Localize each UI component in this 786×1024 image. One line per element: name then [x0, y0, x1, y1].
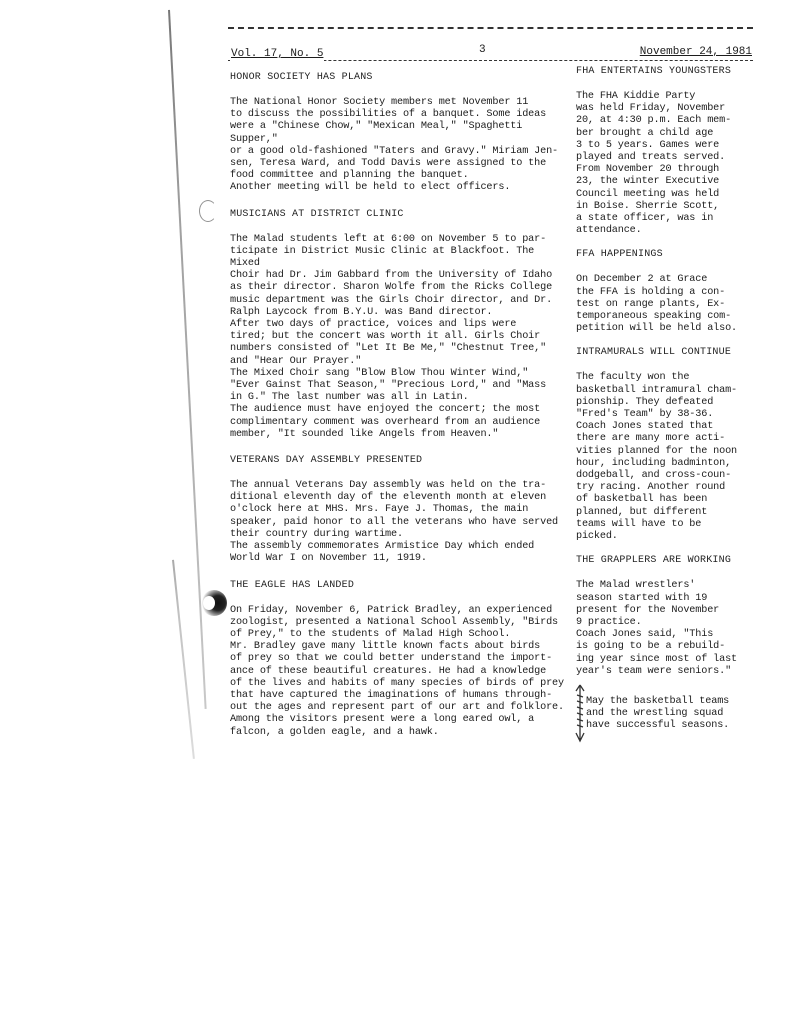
- paragraph: The assembly commemorates Armistice Day …: [230, 541, 565, 565]
- paragraph: Among the visitors present were a long e…: [230, 714, 565, 738]
- paragraph: The FHA Kiddie Party was held Friday, No…: [576, 91, 756, 164]
- volume-number: Vol. 17, No. 5: [230, 46, 324, 62]
- headline: HONOR SOCIETY HAS PLANS: [230, 72, 565, 83]
- paragraph: After two days of practice, voices and l…: [230, 319, 565, 368]
- article-veterans-day: VETERANS DAY ASSEMBLY PRESENTED The annu…: [230, 455, 565, 565]
- headline: INTRAMURALS WILL CONTINUE: [576, 347, 756, 358]
- masthead-row: Vol. 17, No. 5 3 November 24, 1981: [228, 46, 753, 62]
- top-dashed-rule: [228, 27, 753, 29]
- left-column: HONOR SOCIETY HAS PLANS The National Hon…: [230, 72, 565, 753]
- paragraph: The faculty won the basketball intramura…: [576, 372, 756, 421]
- closing-note: May the basketball teams and the wrestli…: [576, 696, 756, 733]
- paragraph: The National Honor Society members met N…: [230, 97, 565, 182]
- paragraph: Coach Jones said, "This is going to be a…: [576, 629, 756, 678]
- headline: MUSICIANS AT DISTRICT CLINIC: [230, 209, 565, 220]
- paragraph: From November 20 through 23, the winter …: [576, 164, 756, 237]
- article-ffa-happenings: FFA HAPPENINGS On December 2 at Grace th…: [576, 249, 756, 335]
- issue-date: November 24, 1981: [639, 44, 753, 60]
- paragraph: On December 2 at Grace the FFA is holdin…: [576, 274, 756, 335]
- paragraph: The Mixed Choir sang "Blow Blow Thou Win…: [230, 368, 565, 405]
- article-grapplers: THE GRAPPLERS ARE WORKING The Malad wres…: [576, 555, 756, 678]
- paragraph: Coach Jones stated that there are many m…: [576, 421, 756, 543]
- headline: VETERANS DAY ASSEMBLY PRESENTED: [230, 455, 565, 466]
- paragraph: Mr. Bradley gave many little known facts…: [230, 641, 565, 714]
- paragraph: The annual Veterans Day assembly was hel…: [230, 480, 565, 541]
- headline: THE GRAPPLERS ARE WORKING: [576, 555, 756, 566]
- newsletter-page: Vol. 17, No. 5 3 November 24, 1981 HONOR…: [0, 0, 786, 1024]
- article-musicians-clinic: MUSICIANS AT DISTRICT CLINIC The Malad s…: [230, 209, 565, 441]
- article-honor-society: HONOR SOCIETY HAS PLANS The National Hon…: [230, 72, 565, 195]
- page-number: 3: [478, 42, 487, 58]
- paragraph: On Friday, November 6, Patrick Bradley, …: [230, 605, 565, 642]
- paragraph: May the basketball teams and the wrestli…: [586, 696, 756, 733]
- article-intramurals: INTRAMURALS WILL CONTINUE The faculty wo…: [576, 347, 756, 543]
- paragraph: The Malad wrestlers' season started with…: [576, 580, 756, 629]
- headline: FFA HAPPENINGS: [576, 249, 756, 260]
- paragraph: The Malad students left at 6:00 on Novem…: [230, 234, 565, 319]
- headline: FHA ENTERTAINS YOUNGSTERS: [576, 66, 756, 77]
- paragraph: Another meeting will be held to elect of…: [230, 182, 565, 194]
- scan-margin-line-lower: [172, 560, 194, 759]
- article-fha-youngsters: FHA ENTERTAINS YOUNGSTERS The FHA Kiddie…: [576, 66, 756, 237]
- punch-hole-mark: [199, 200, 217, 222]
- headline: THE EAGLE HAS LANDED: [230, 580, 565, 591]
- right-column: FHA ENTERTAINS YOUNGSTERS The FHA Kiddie…: [576, 66, 756, 745]
- paragraph: The audience must have enjoyed the conce…: [230, 404, 565, 441]
- article-eagle-landed: THE EAGLE HAS LANDED On Friday, November…: [230, 580, 565, 739]
- staple-hole-mark: [201, 590, 227, 616]
